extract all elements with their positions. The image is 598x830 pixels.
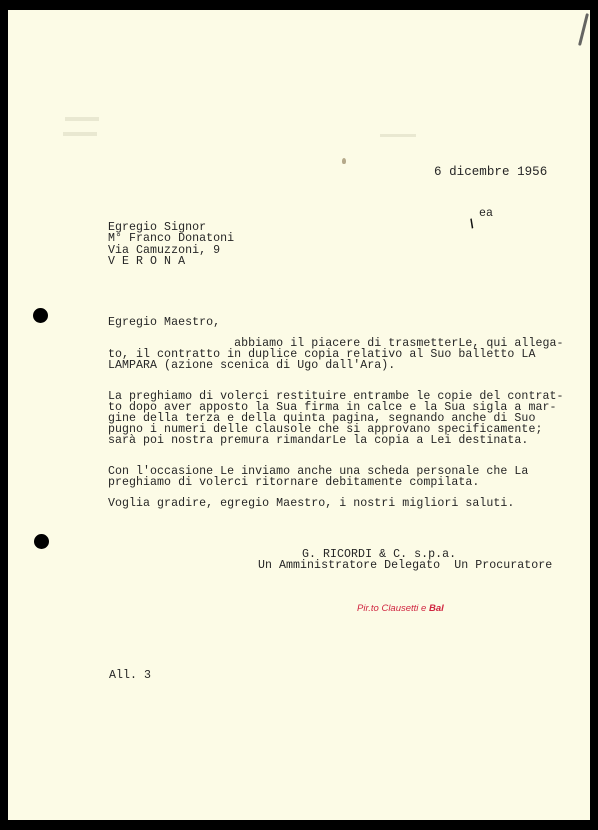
signature-stamp: Pir.to Clausetti e Bal [357, 603, 444, 614]
faint-mark [65, 117, 99, 121]
enclosures: All. 3 [109, 670, 151, 682]
recipient-line: V E R O N A [108, 256, 185, 268]
stamp-names: Pir.to Clausetti e [357, 603, 429, 614]
reference-initials: ea [479, 208, 493, 220]
pencil-mark [578, 13, 589, 46]
reference-mark: / [468, 216, 477, 231]
recipient-line: M° Franco Donatoni [108, 233, 234, 245]
body-line: LAMPARA (azione scenica di Ugo dall'Ara)… [108, 360, 395, 372]
faint-mark [380, 134, 416, 137]
ink-stain [342, 158, 346, 164]
faint-mark [63, 132, 97, 136]
signatory-roles: Un Amministratore Delegato Un Procurator… [258, 560, 552, 572]
letter-page: 6 dicembre 1956 / ea Egregio Signor M° F… [8, 10, 590, 820]
letter-date: 6 dicembre 1956 [434, 167, 547, 179]
body-line: preghiamo di volerci ritornare debitamen… [108, 477, 479, 489]
salutation: Egregio Maestro, [108, 317, 220, 329]
stamp-names-bold: Bal [429, 603, 444, 614]
punch-hole-bottom [34, 534, 49, 549]
punch-hole-top [33, 308, 48, 323]
closing-line: Voglia gradire, egregio Maestro, i nostr… [108, 498, 514, 510]
body-line: sarà poi nostra premura rimandarLe la co… [108, 435, 528, 447]
